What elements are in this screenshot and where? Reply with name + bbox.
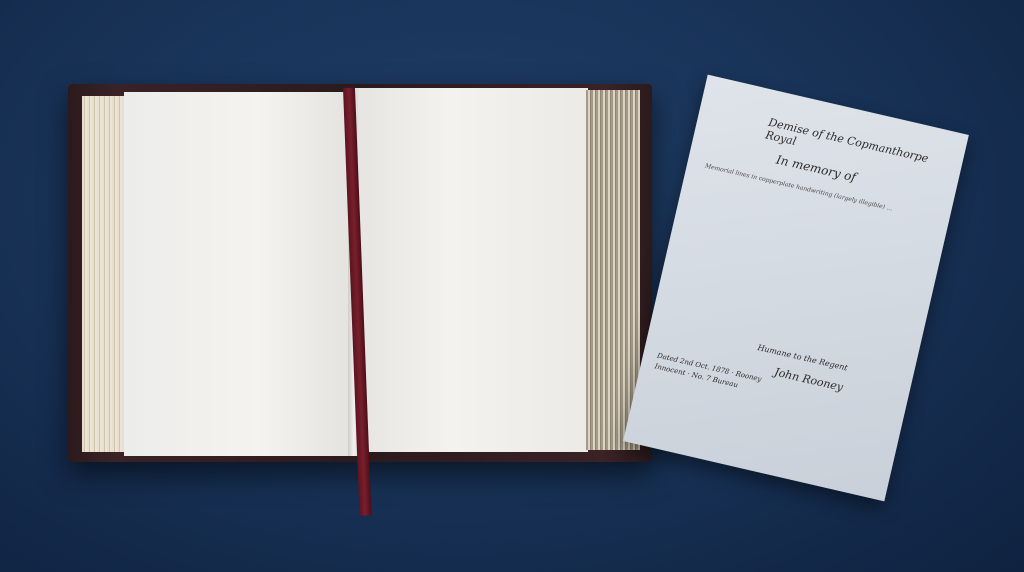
letter-note: Dated 2nd Oct. 1878 · Rooney Innocent · …	[653, 351, 765, 397]
letter-title: Demise of the Copmanthorpe Royal	[764, 116, 963, 186]
page-edges-right	[586, 90, 640, 450]
book-page-left	[124, 92, 350, 456]
letter-closing: Humane to the Regent	[757, 343, 849, 372]
page-edges-left	[82, 96, 126, 452]
book-page-right	[358, 88, 588, 452]
handwritten-letter: Demise of the Copmanthorpe Royal In memo…	[623, 75, 969, 502]
